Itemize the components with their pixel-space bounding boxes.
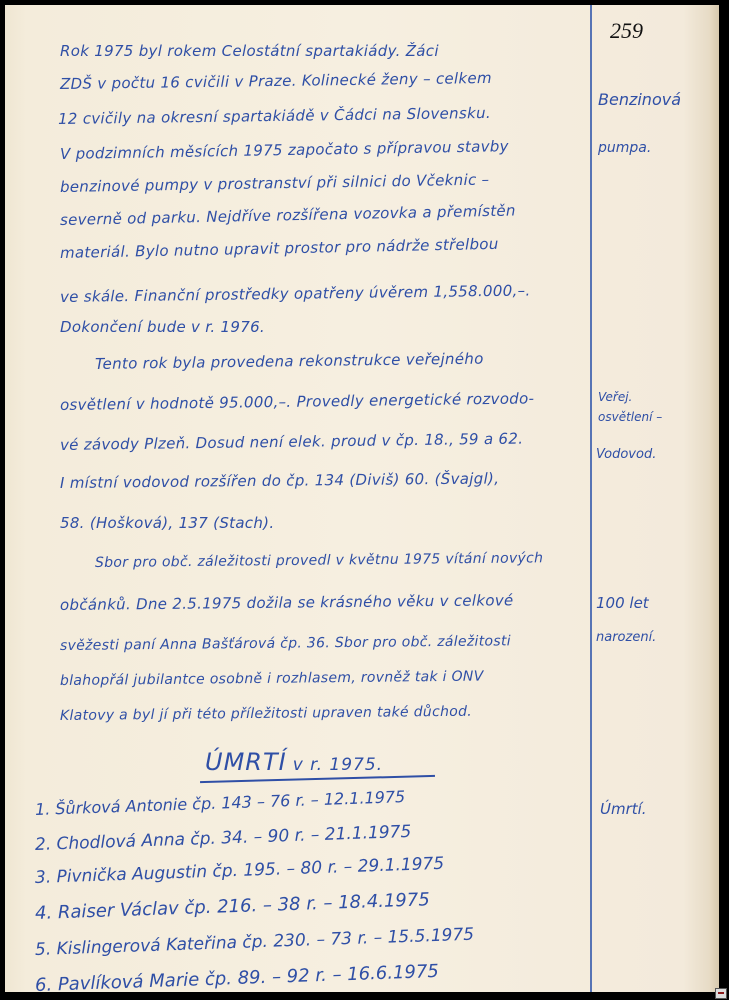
margin-line [590, 5, 592, 992]
margin-note: osvětlení – [598, 410, 662, 424]
margin-note: 100 let [596, 594, 649, 612]
body-line: Rok 1975 byl rokem Celostátní spartakiád… [60, 42, 439, 60]
minimize-icon[interactable] [715, 988, 727, 999]
image-frame: 259 Rok 1975 byl rokem Celostátní sparta… [0, 0, 729, 1000]
margin-note: Vodovod. [596, 447, 656, 462]
deaths-heading-year: v r. 1975. [293, 755, 383, 775]
page-edge [709, 5, 719, 992]
margin-note: Benzinová [598, 90, 681, 109]
body-line: Dokončení bude v r. 1976. [60, 318, 265, 336]
page-number: 259 [610, 18, 643, 44]
margin-note: Veřej. [598, 390, 632, 404]
deaths-heading: ÚMRTÍv r. 1975. [205, 748, 383, 776]
body-line: 58. (Hošková), 137 (Stach). [60, 514, 274, 532]
margin-note: pumpa. [598, 140, 651, 156]
margin-note: Úmrtí. [600, 800, 647, 818]
deaths-heading-title: ÚMRTÍ [205, 748, 287, 776]
margin-note: narození. [596, 630, 656, 645]
